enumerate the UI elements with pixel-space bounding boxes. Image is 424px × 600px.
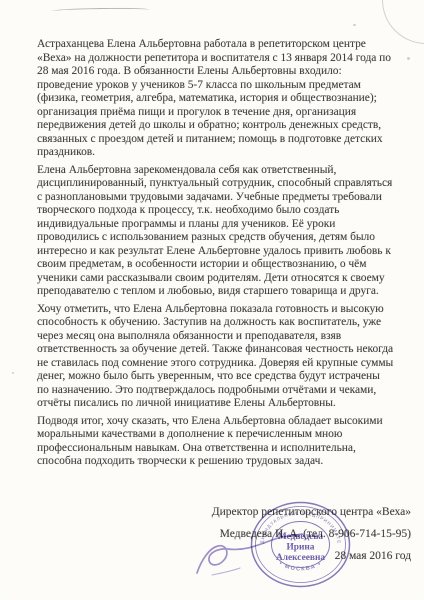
paragraph-employment: Астраханцева Елена Альбертовна работала …	[37, 38, 394, 160]
scan-speck	[12, 372, 14, 374]
stamp-name-line-3: Алексеевна	[276, 553, 325, 563]
scan-speck	[353, 24, 356, 26]
scan-speck	[407, 57, 410, 60]
scanned-document-page: Астраханцева Елена Альбертовна работала …	[0, 0, 424, 600]
paragraph-trust: Хочу отметить, что Елена Альбертовна пок…	[37, 303, 394, 411]
round-stamp: ИНДИВИДУАЛЬНЫЙ ПРЕДПРИНИМАТЕЛЬ • МОСКВА …	[250, 501, 351, 588]
stamp-name-line-1: Медведева	[278, 532, 324, 542]
paragraph-summary: Подводя итог, хочу сказать, что Елена Ал…	[37, 415, 394, 469]
paragraph-performance: Елена Альбертовна зарекомендовала себя к…	[37, 164, 394, 299]
document-body: Астраханцева Елена Альбертовна работала …	[37, 38, 394, 473]
stamp-name-line-2: Ирина	[287, 543, 315, 553]
scan-artifact-top-line	[52, 7, 150, 13]
